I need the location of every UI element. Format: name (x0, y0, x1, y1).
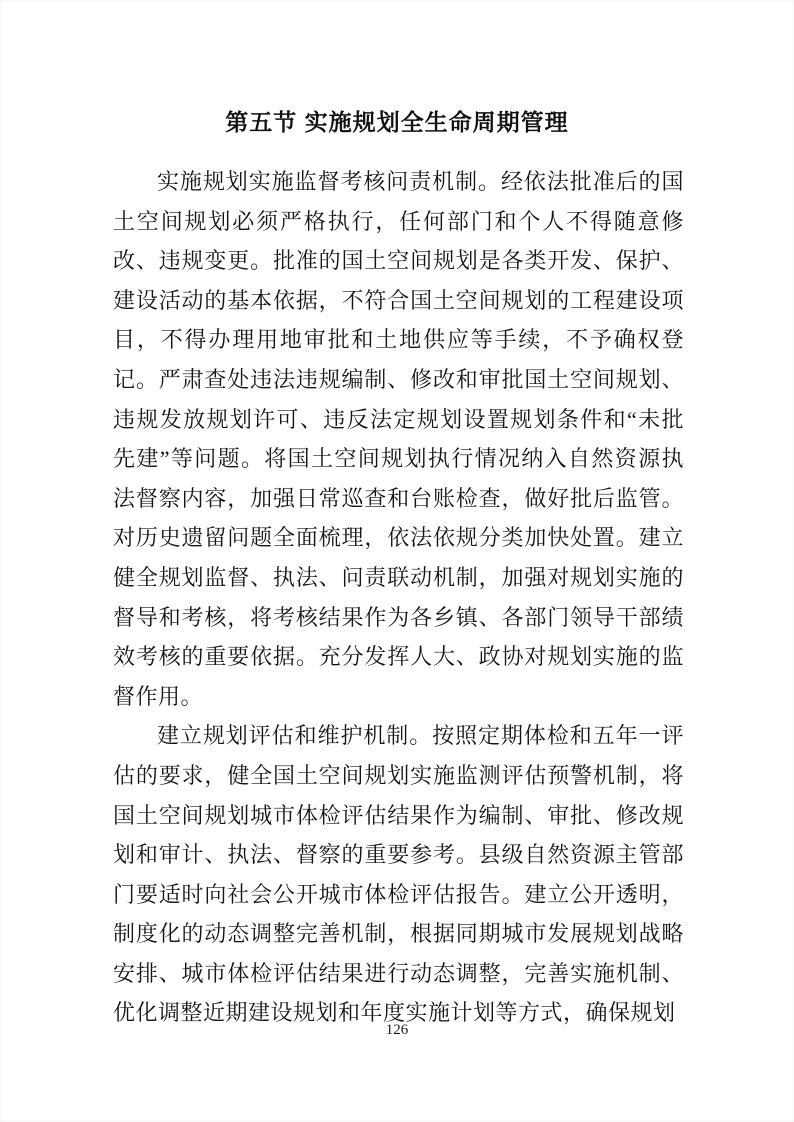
section-title: 第五节 实施规划全生命周期管理 (0, 104, 794, 137)
page-number: 126 (0, 1022, 794, 1039)
body-paragraph: 建立规划评估和维护机制。按照定期体检和五年一评估的要求，健全国土空间规划实施监测… (113, 716, 684, 1033)
document-page: 第五节 实施规划全生命周期管理 实施规划实施监督考核问责机制。经依法批准后的国土… (0, 0, 794, 1122)
body-paragraph: 实施规划实施监督考核问责机制。经依法批准后的国土空间规划必须严格执行，任何部门和… (113, 162, 684, 716)
document-body: 实施规划实施监督考核问责机制。经依法批准后的国土空间规划必须严格执行，任何部门和… (113, 162, 684, 1033)
